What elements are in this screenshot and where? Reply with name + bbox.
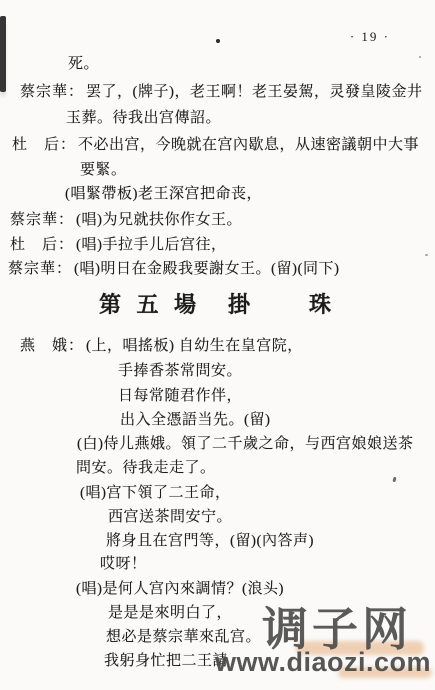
speaker-name: 燕 娥：: [20, 338, 84, 354]
line-text: 我躬身忙把二王請: [104, 653, 228, 669]
script-line: (唱)是何人宫內來調情？(浪头): [76, 579, 284, 599]
line-text: 要緊。: [80, 162, 127, 178]
line-text: 手捧香茶常問安。: [118, 363, 242, 379]
script-line: 想必是蔡宗華來乱宫。: [106, 627, 261, 647]
speaker-name: 杜 后：: [12, 137, 76, 153]
script-line: 我躬身忙把二王請: [104, 651, 228, 671]
line-text: 想必是蔡宗華來乱宫。: [106, 629, 261, 645]
scan-artifact-dot: [216, 39, 220, 43]
script-line: 蔡宗華：(唱)为兄就扶你作女王。: [10, 210, 242, 230]
speaker-name: 杜 后：: [10, 237, 74, 253]
script-line: 杜 后：(唱)手拉手儿后宫往，: [10, 235, 227, 255]
speaker-name: 蔡宗華：: [10, 212, 74, 228]
script-line: (唱)宫下領了二王命，: [80, 483, 231, 503]
line-text: (上，唱搖板) 自幼生在皇宫院，: [86, 338, 303, 354]
line-text: (唱)是何人宫內來調情？(浪头): [76, 581, 284, 597]
scene-title: 第 五 場 掛 珠: [0, 288, 435, 319]
watermark-url: www.diaozi.com: [215, 647, 431, 677]
script-line: (唱緊帶板)老王深宫把命丧，: [65, 184, 262, 204]
speaker-name: 蔡宗華：: [20, 84, 84, 100]
script-line: 杜 后：不必出宫，今晚就在宫內歇息，从速密議朝中大事: [12, 135, 419, 155]
scan-artifact-edge-smudge: [0, 16, 6, 92]
script-line: 蔡宗華：罢了，(牌子)，老王啊！老王晏駕，灵發皇陵金井: [20, 82, 423, 102]
line-text: 日每常随君作伴，: [118, 388, 242, 404]
line-text: (白)侍儿燕娥。領了二千歲之命，与西宫娘娘送茶: [77, 436, 414, 452]
line-text: 不必出宫，今晚就在宫內歇息，从速密議朝中大事: [78, 137, 419, 153]
scan-artifact-dot: [392, 477, 396, 483]
line-text: (唱)为兄就扶你作女王。: [76, 212, 242, 228]
line-text: 出入全憑語当先。(留): [120, 412, 271, 428]
speaker-name: 蔡宗華：: [8, 261, 72, 277]
script-line: 哎呀！: [100, 554, 147, 574]
line-text: 哎呀！: [100, 556, 147, 572]
line-text: 玉葬。待我出宫傳詔。: [66, 110, 221, 126]
script-line: 西宫送茶問安宁。: [108, 507, 232, 527]
line-text: 將身且在宫門等，(留)(內答声): [106, 533, 314, 549]
line-text: 是是是來明白了，: [108, 605, 232, 621]
script-line: 燕 娥：(上，唱搖板) 自幼生在皇宫院，: [20, 336, 303, 356]
script-line: 死。: [68, 54, 99, 74]
scan-artifact-dot: [425, 254, 428, 256]
script-line: 要緊。: [80, 160, 127, 180]
script-line: 出入全憑語当先。(留): [120, 410, 271, 430]
scan-artifact-dot: [419, 56, 421, 58]
line-text: 死。: [68, 56, 99, 72]
script-line: 手捧香茶常問安。: [118, 361, 242, 381]
script-line: 蔡宗華：(唱)明日在金殿我要謝女王。(留)(同下): [8, 259, 340, 279]
line-text: 西宫送茶問安宁。: [108, 509, 232, 525]
script-line: 將身且在宫門等，(留)(內答声): [106, 531, 314, 551]
line-text: 罢了，(牌子)，老王啊！老王晏駕，灵發皇陵金井: [86, 84, 423, 100]
script-line: 日每常随君作伴，: [118, 386, 242, 406]
script-line: 是是是來明白了，: [108, 603, 232, 623]
script-line: 問安。待我走走了。: [76, 458, 216, 478]
line-text: (唱緊帶板)老王深宫把命丧，: [65, 186, 262, 202]
line-text: 問安。待我走走了。: [76, 460, 216, 476]
line-text: (唱)手拉手儿后宫往，: [76, 237, 227, 253]
page-number: · 19 ·: [350, 29, 390, 45]
scanned-script-page: · 19 · 死。 蔡宗華：罢了，(牌子)，老王啊！老王晏駕，灵發皇陵金井 玉葬…: [0, 0, 435, 690]
script-line: (白)侍儿燕娥。領了二千歲之命，与西宫娘娘送茶: [77, 434, 414, 454]
line-text: (唱)明日在金殿我要謝女王。(留)(同下): [74, 261, 339, 277]
script-line: 玉葬。待我出宫傳詔。: [66, 108, 221, 128]
line-text: (唱)宫下領了二王命，: [80, 485, 231, 501]
